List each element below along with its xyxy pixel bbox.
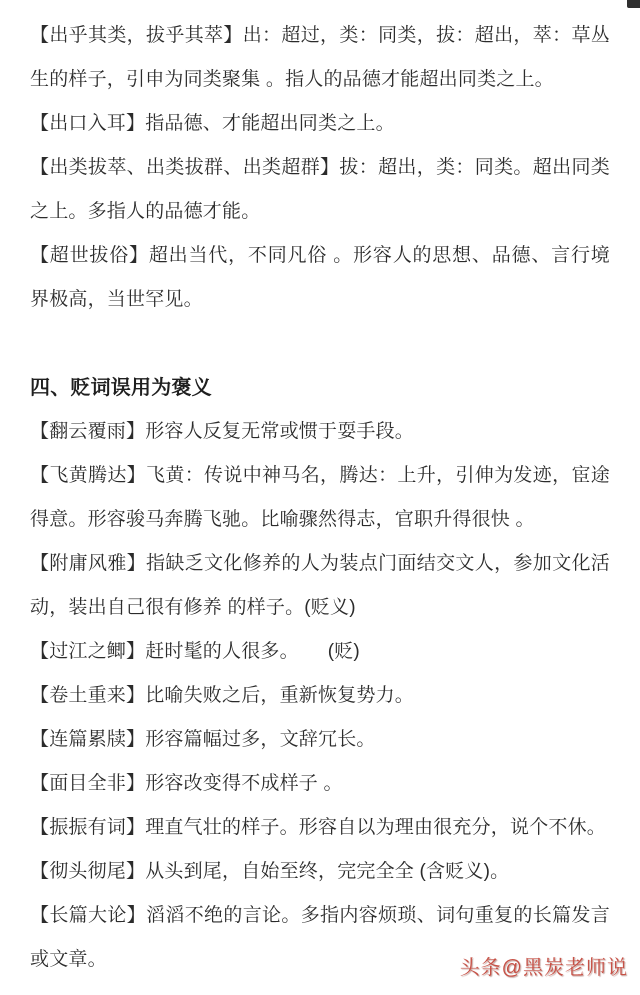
- section-heading: 四、贬词误用为褒义: [30, 366, 610, 410]
- idiom-entry: 【面目全非】形容改变得不成样子 。: [30, 762, 610, 806]
- idiom-entry: 【振振有词】理直气壮的样子。形容自以为理由很充分，说个不休。: [30, 806, 610, 850]
- idiom-entry: 【连篇累牍】形容篇幅过多，文辞冗长。: [30, 718, 610, 762]
- idiom-entry: 【出类拔萃、出类拔群、出类超群】拔：超出，类：同类。超出同类之上。多指人的品德才…: [30, 146, 610, 234]
- idiom-entry: 【超世拔俗】超出当代，不同凡俗 。形容人的思想、品德、言行境界极高，当世罕见。: [30, 234, 610, 322]
- idiom-entry: 【飞黄腾达】飞黄：传说中神马名，腾达：上升，引伸为发迹，宦途得意。形容骏马奔腾飞…: [30, 454, 610, 542]
- watermark-toutiao: 头条@黑炭老师说: [460, 946, 628, 990]
- idiom-entry: 【卷土重来】比喻失败之后，重新恢复势力。: [30, 674, 610, 718]
- idiom-entry: 【出乎其类，拔乎其萃】出：超过，类：同类，拔：超出，萃：草丛生的样子，引申为同类…: [30, 14, 610, 102]
- idiom-entry: 【附庸风雅】指缺乏文化修养的人为装点门面结交文人，参加文化活动，装出自己很有修养…: [30, 542, 610, 630]
- idiom-entry: 【彻头彻尾】从头到尾，自始至终，完完全全 (含贬义)。: [30, 850, 610, 894]
- idiom-entry: 【翻云覆雨】形容人反复无常或惯于耍手段。: [30, 410, 610, 454]
- corner-artifact: [627, 0, 640, 8]
- idiom-entry: 【出口入耳】指品德、才能超出同类之上。: [30, 102, 610, 146]
- document-page: 【出乎其类，拔乎其萃】出：超过，类：同类，拔：超出，萃：草丛生的样子，引申为同类…: [0, 0, 640, 995]
- idiom-entry: 【过江之鲫】赶时髦的人很多。 (贬): [30, 630, 610, 674]
